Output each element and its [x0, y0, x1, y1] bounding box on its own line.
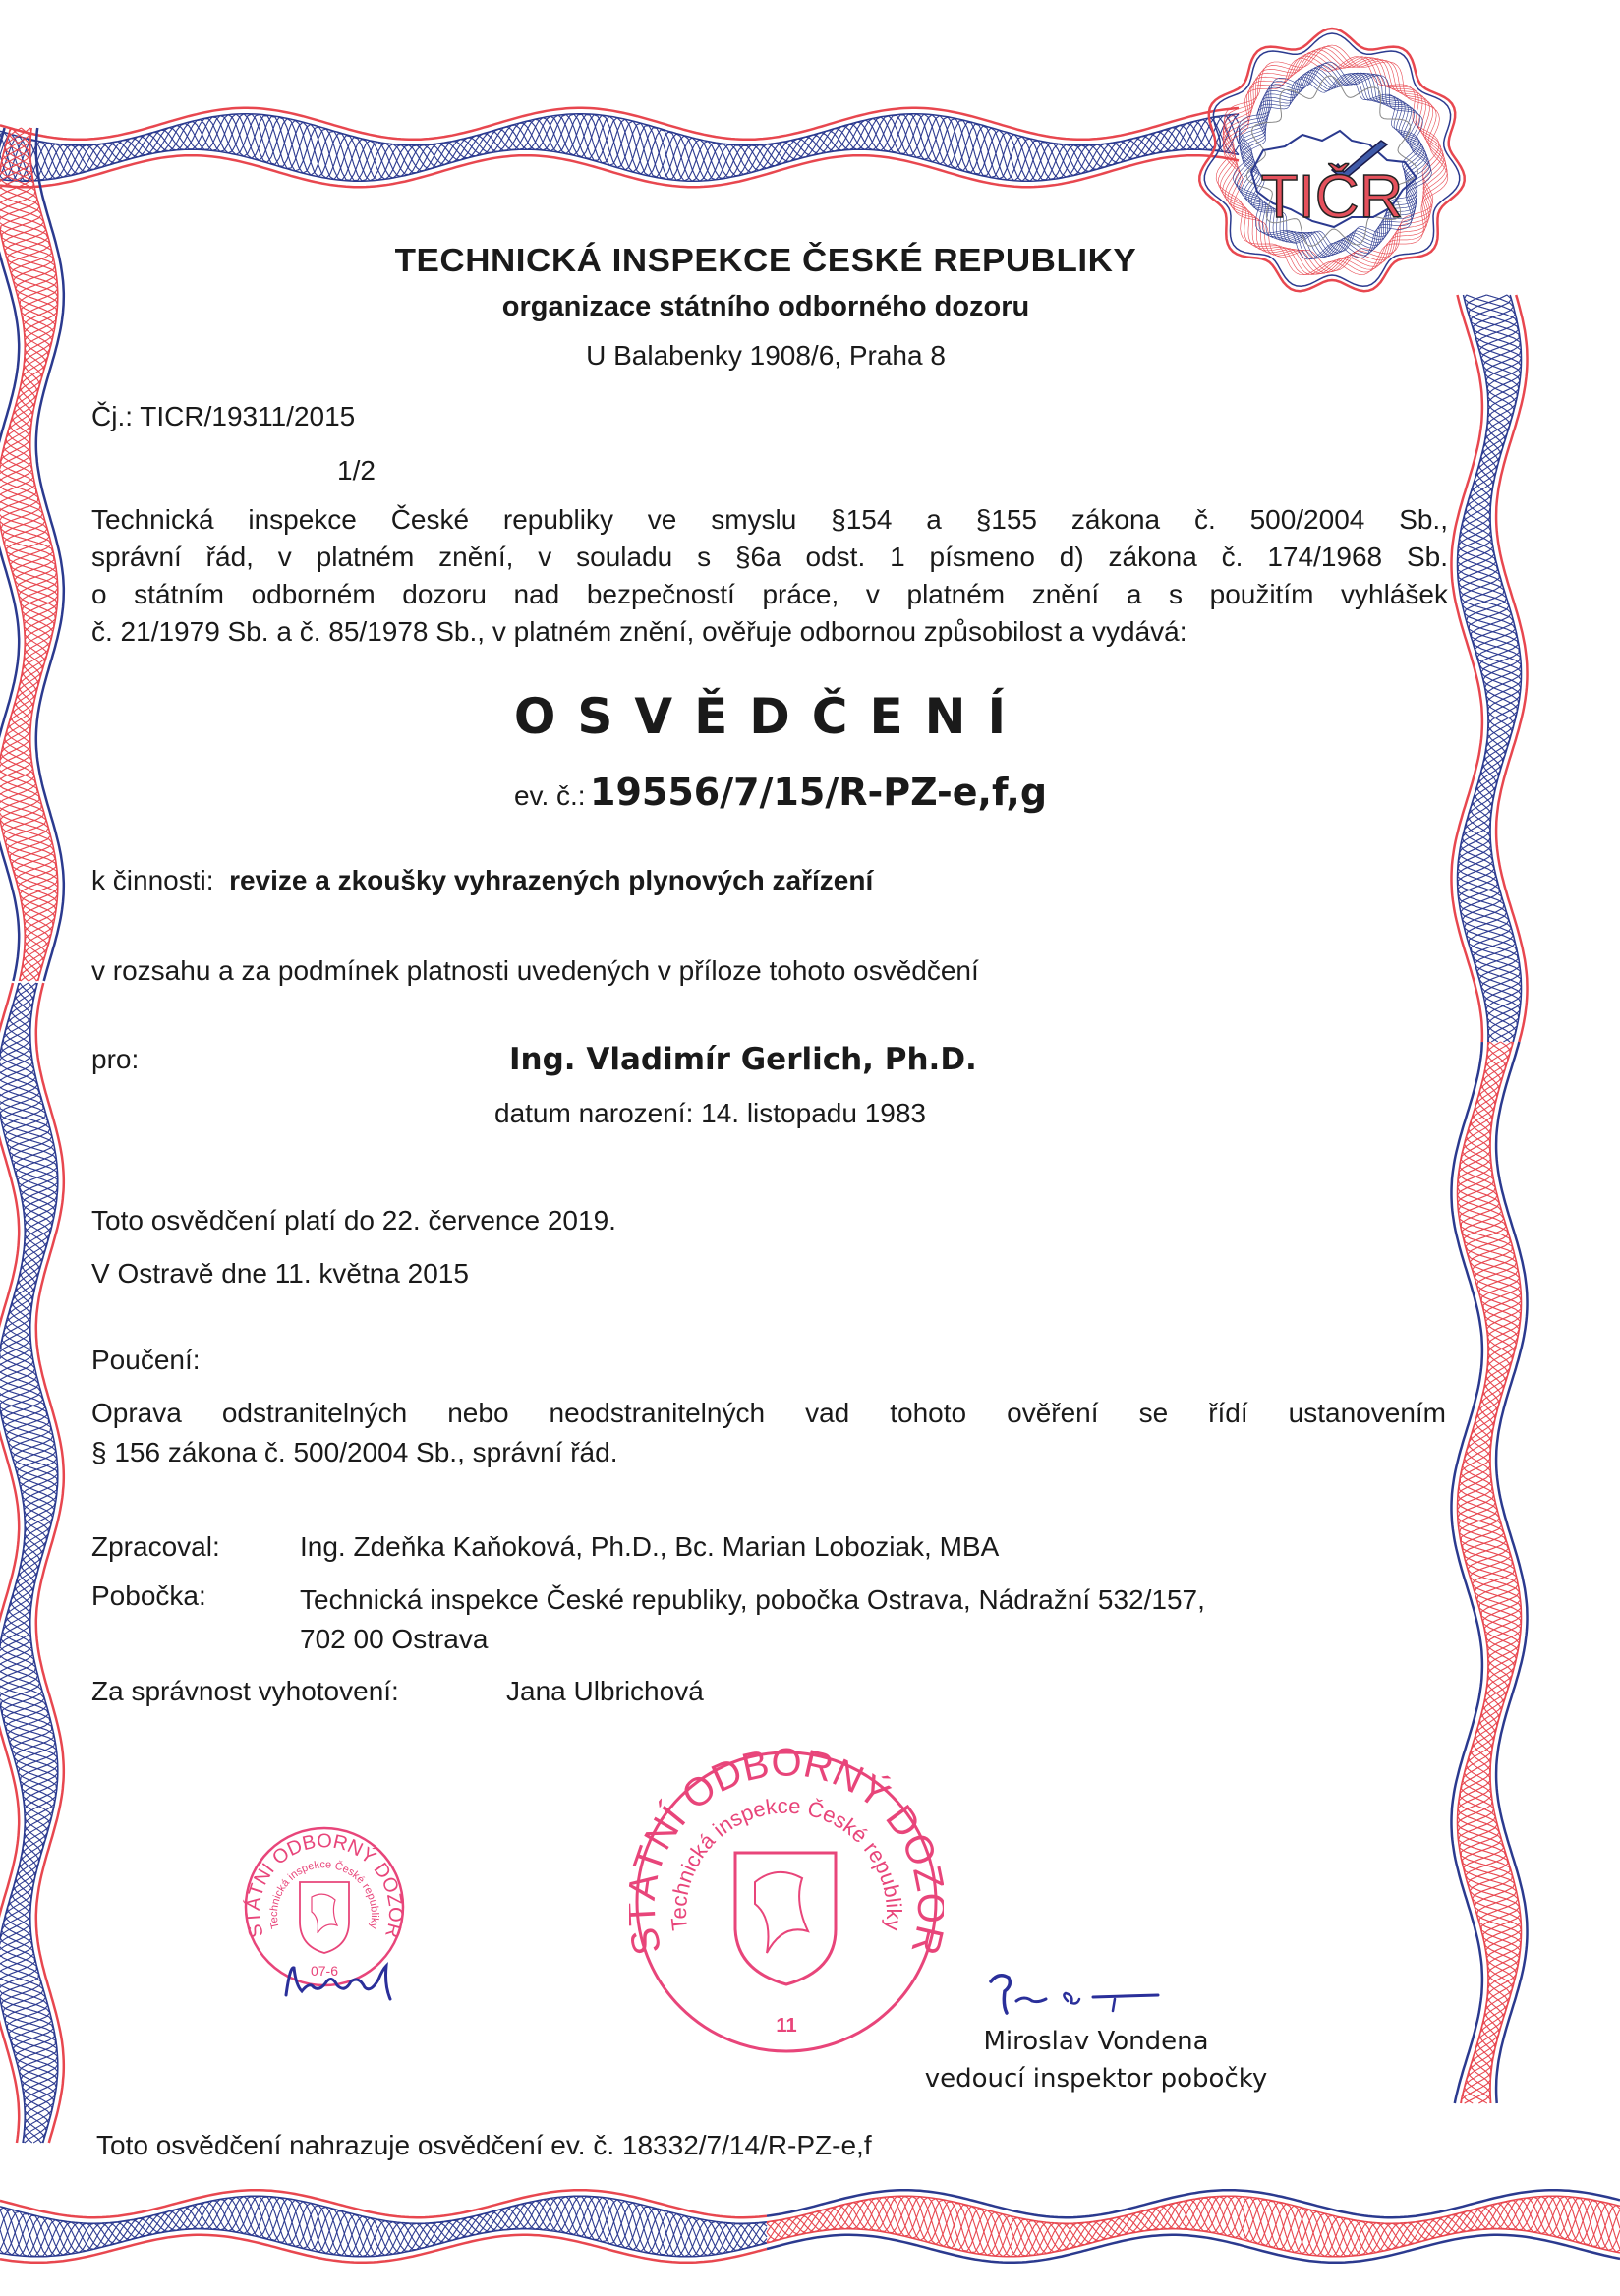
- logo-text: TIČR: [1261, 163, 1404, 231]
- official-stamp-large: STÁTNÍ ODBORNÝ DOZOR Technická inspekce …: [629, 1745, 944, 2059]
- signature-signatory: [983, 1966, 1170, 2025]
- holder-name: Ing. Vladimír Gerlich, Ph.D.: [509, 1042, 977, 1077]
- activity-label: k činnosti:: [91, 865, 214, 895]
- organization-address: U Balabenky 1908/6, Praha 8: [0, 340, 1620, 372]
- instruction-text: Oprava odstranitelných nebo neodstranite…: [91, 1394, 1446, 1472]
- svg-text:11: 11: [776, 2015, 796, 2037]
- intro-line: o státním odborném dozoru nad bezpečnost…: [91, 576, 1448, 613]
- instruction-line: Oprava odstranitelných nebo neodstranite…: [91, 1394, 1446, 1433]
- ev-number: 19556/7/15/R-PZ-e,f,g: [590, 771, 1047, 814]
- instruction-line: § 156 zákona č. 500/2004 Sb., správní řá…: [91, 1433, 1446, 1472]
- correctness-value: Jana Ulbrichová: [506, 1676, 704, 1707]
- coat-of-arms-icon: [300, 1882, 349, 1953]
- branch-label: Pobočka:: [91, 1580, 206, 1612]
- certificate-number: ev. č.: 19556/7/15/R-PZ-e,f,g: [0, 771, 1620, 814]
- certificate-title: OSVĚDČENÍ: [0, 688, 1620, 745]
- svg-text:STÁTNÍ ODBORNÝ DOZOR: STÁTNÍ ODBORNÝ DOZOR: [242, 1830, 406, 1940]
- intro-line: správní řád, v platném znění, v souladu …: [91, 539, 1448, 576]
- validity-text: Toto osvědčení platí do 22. července 201…: [91, 1205, 616, 1236]
- scope-text: v rozsahu a za podmínek platnosti uveden…: [91, 955, 979, 987]
- processed-label: Zpracoval:: [91, 1531, 220, 1563]
- branch-line: Technická inspekce České republiky, pobo…: [300, 1580, 1205, 1620]
- correctness-label: Za správnost vyhotovení:: [91, 1676, 399, 1707]
- replaces-certificate-note: Toto osvědčení nahrazuje osvědčení ev. č…: [96, 2130, 872, 2161]
- intro-line: č. 21/1979 Sb. a č. 85/1978 Sb., v platn…: [91, 613, 1448, 651]
- signature-processor: [280, 1956, 408, 2005]
- processed-value: Ing. Zdeňka Kaňoková, Ph.D., Bc. Marian …: [300, 1531, 999, 1563]
- activity-value: revize a zkoušky vyhrazených plynových z…: [229, 865, 873, 895]
- branch-value: Technická inspekce České republiky, pobo…: [300, 1580, 1205, 1659]
- signatory-name: Miroslav Vondena: [890, 2023, 1302, 2060]
- signatory-block: Miroslav Vondena vedoucí inspektor poboč…: [890, 2023, 1302, 2097]
- signatory-role: vedoucí inspektor pobočky: [890, 2060, 1302, 2097]
- ev-label: ev. č.:: [514, 780, 586, 811]
- intro-line: Technická inspekce České republiky ve sm…: [91, 501, 1448, 539]
- holder-label: pro:: [91, 1044, 139, 1075]
- legal-intro-paragraph: Technická inspekce České republiky ve sm…: [91, 501, 1448, 651]
- organization-name: TECHNICKÁ INSPEKCE ČESKÉ REPUBLIKY: [0, 242, 1620, 279]
- instruction-label: Poučení:: [91, 1345, 201, 1376]
- page-number: 1/2: [337, 455, 376, 487]
- reference-number: Čj.: TICR/19311/2015: [91, 401, 355, 432]
- branch-line: 702 00 Ostrava: [300, 1620, 1205, 1659]
- organization-subtitle: organizace státního odborného dozoru: [0, 291, 1620, 323]
- activity-line: k činnosti: revize a zkoušky vyhrazených…: [91, 865, 873, 896]
- issue-place-date: V Ostravě dne 11. května 2015: [91, 1258, 469, 1290]
- holder-birth-date: datum narození: 14. listopadu 1983: [494, 1098, 926, 1129]
